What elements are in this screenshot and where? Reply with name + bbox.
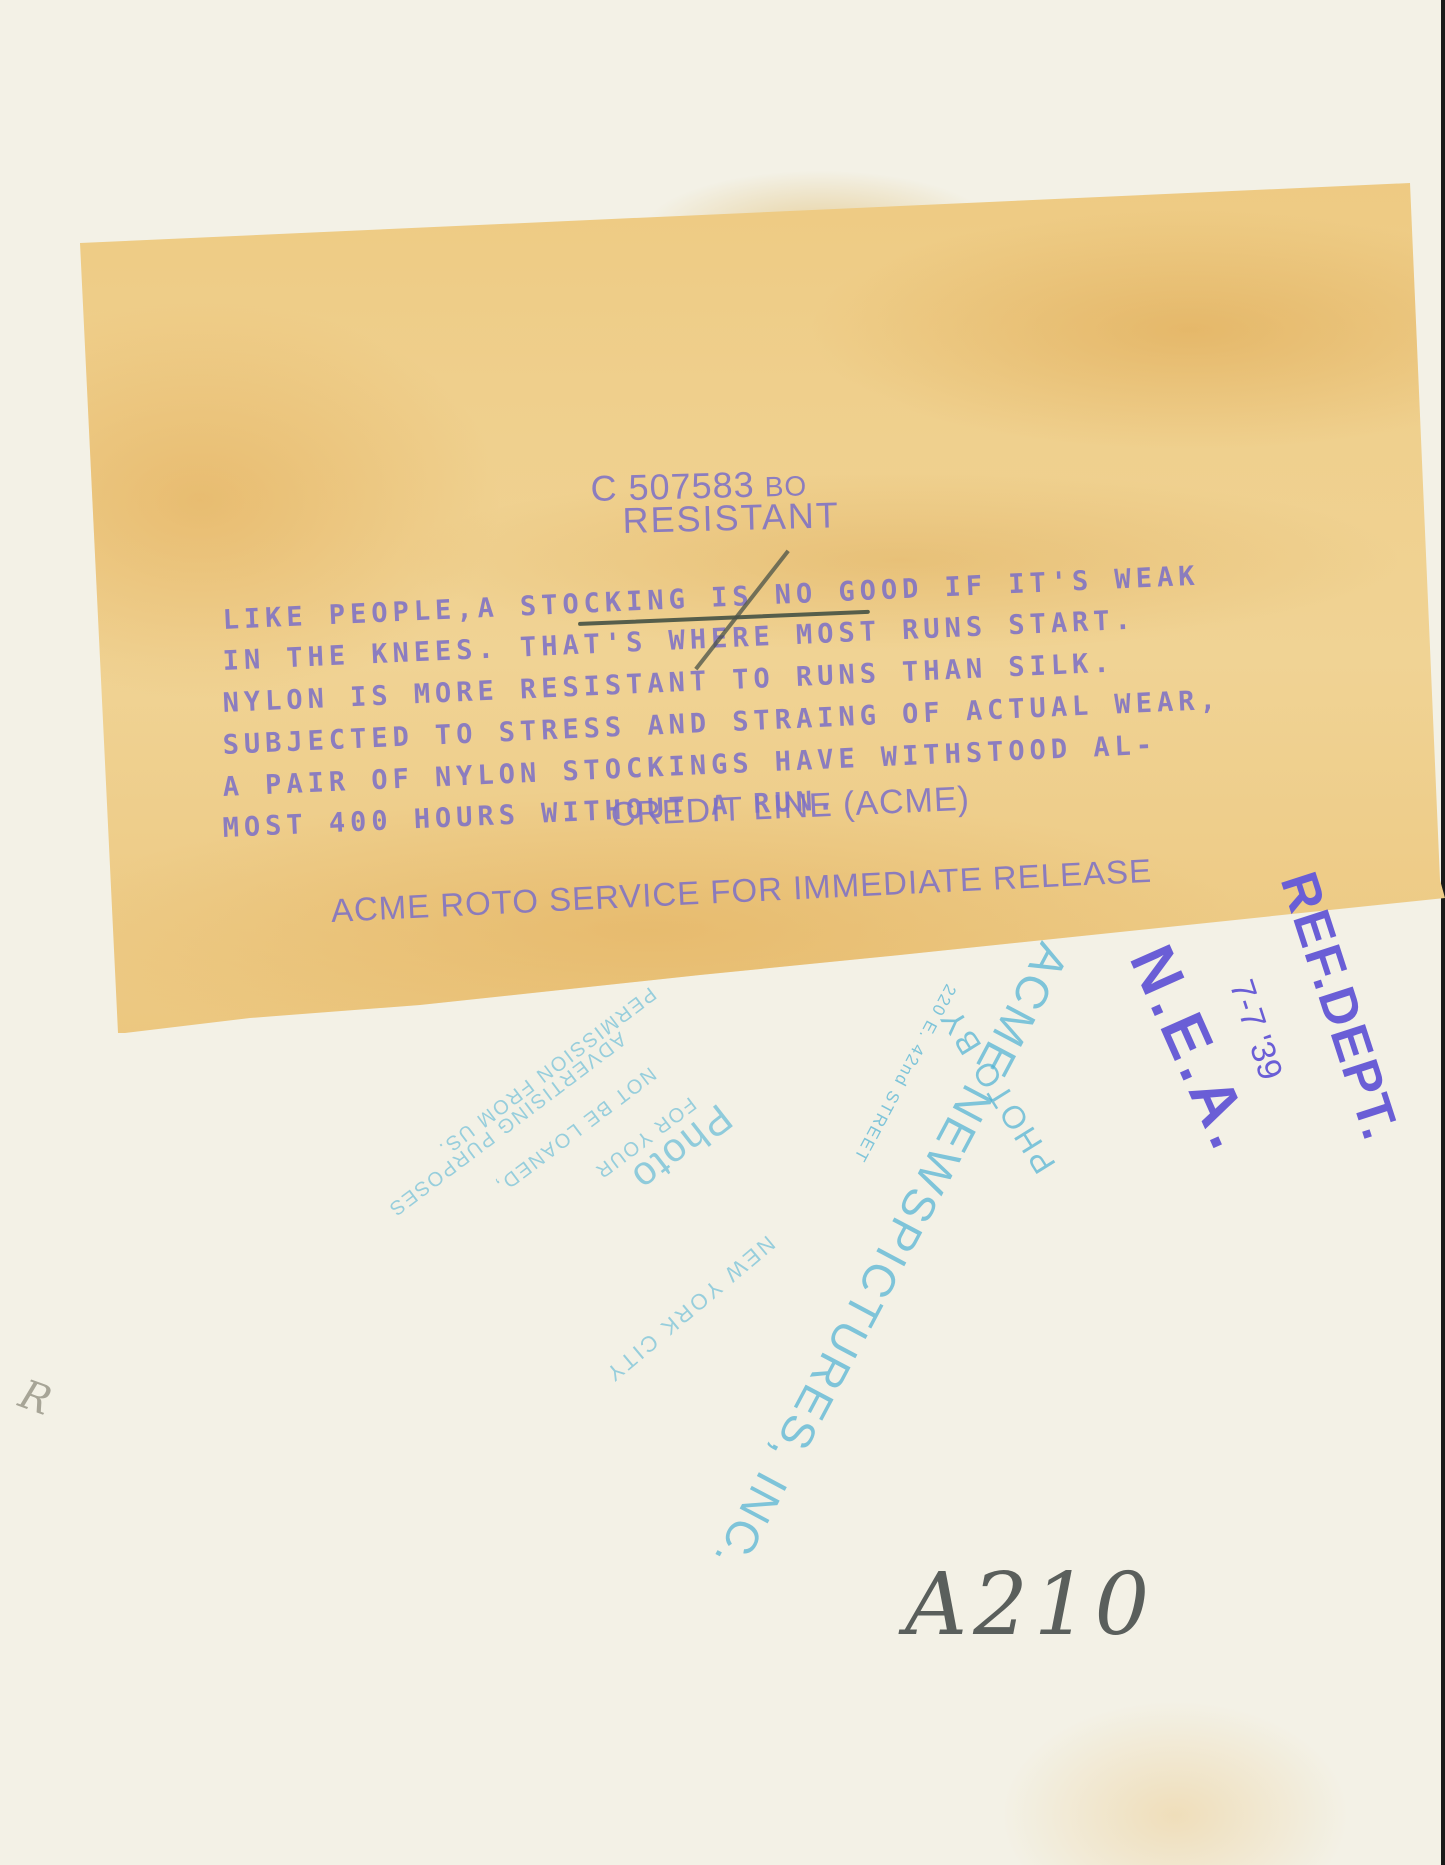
notice-line: PERMISSION FROM US. [433,982,660,1161]
city-stamp: NEW YORK CITY [599,1230,780,1388]
headline: RESISTANT [622,494,840,542]
water-stain [1000,1700,1350,1865]
caption-slip [0,0,1445,1100]
catalog-number: A210 [905,1555,1155,1655]
scan-edge [1441,0,1445,1865]
margin-initials: R [13,1371,57,1425]
